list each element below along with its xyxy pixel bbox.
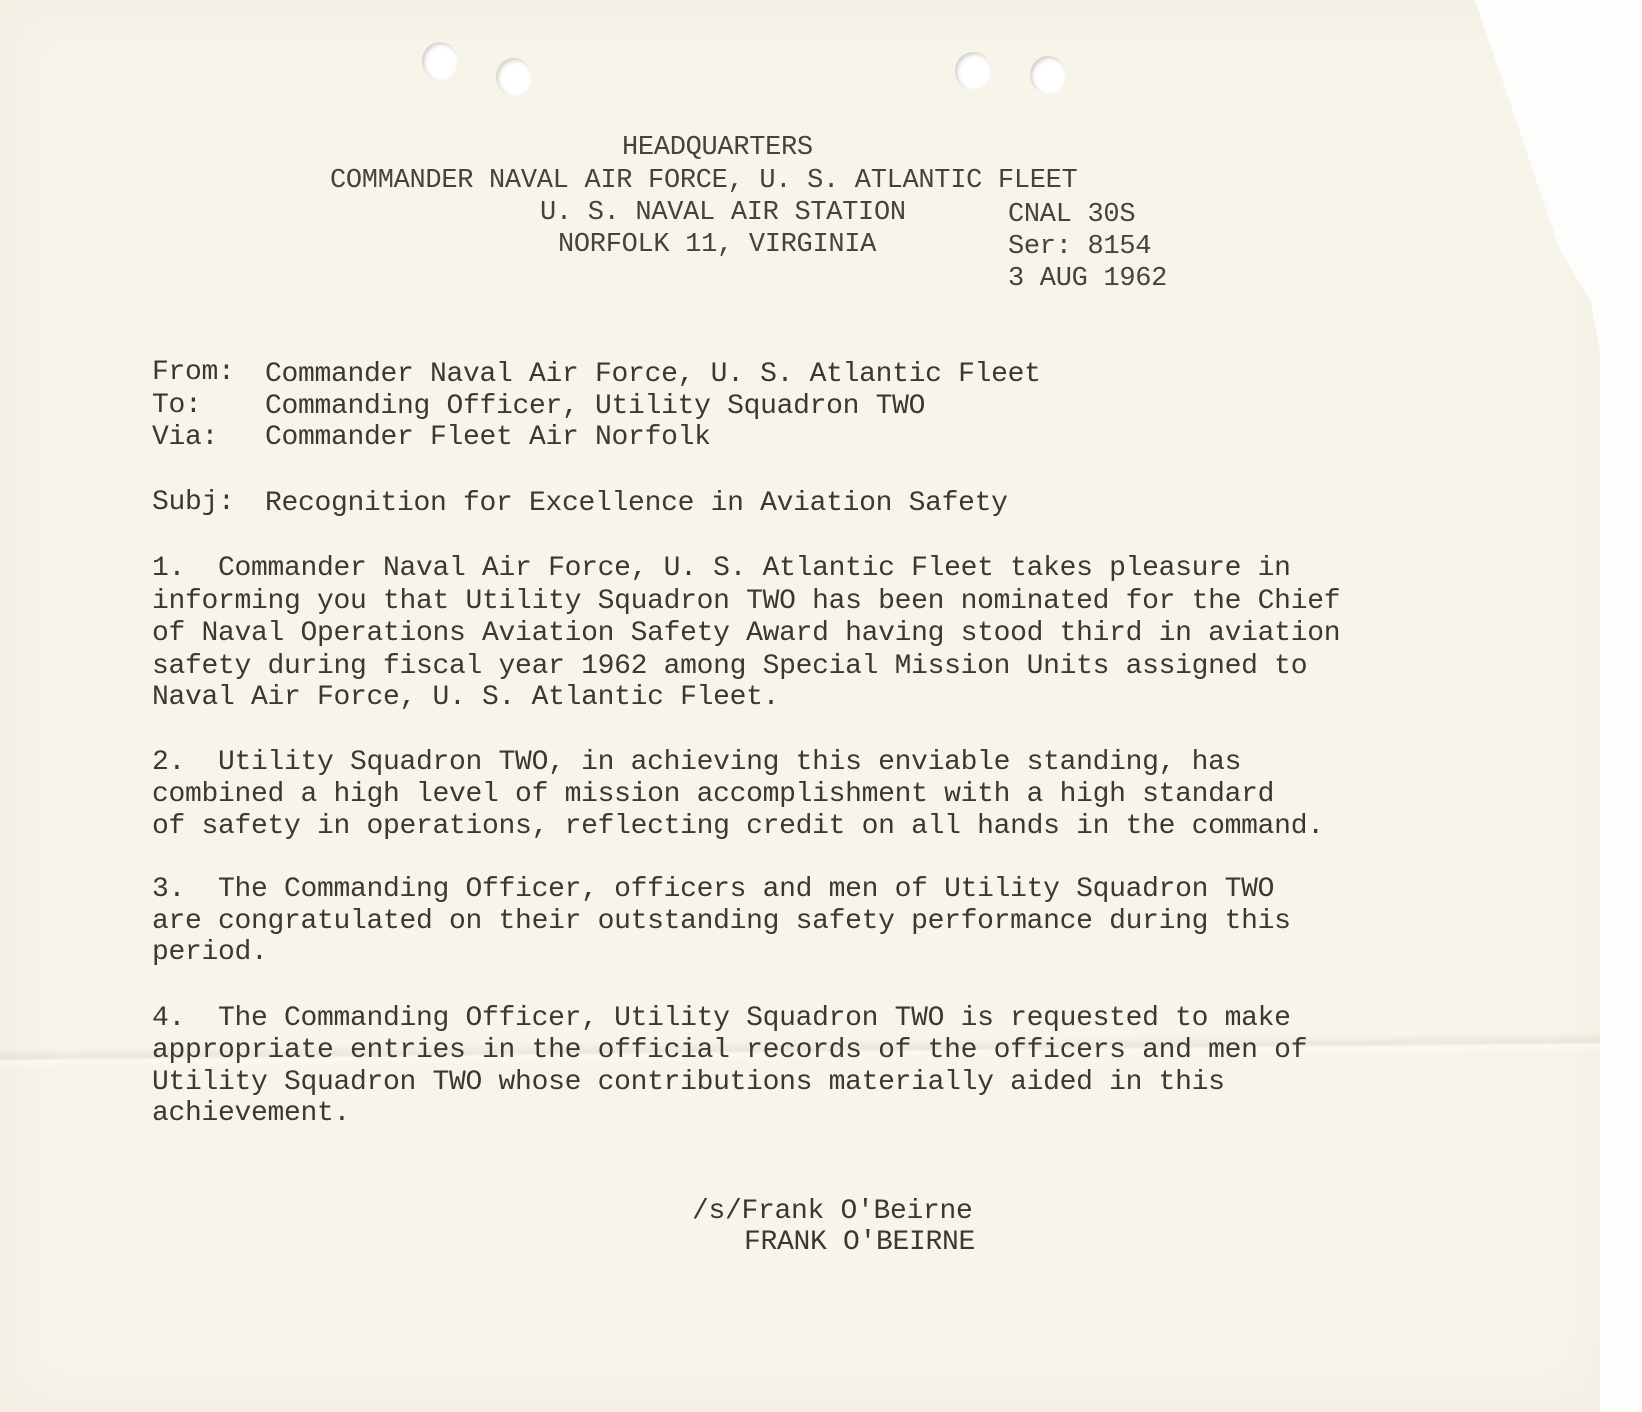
to-label: To: <box>152 389 202 422</box>
paragraph-4-line: appropriate entries in the official reco… <box>152 1034 1307 1067</box>
paragraph-1-line: of Naval Operations Aviation Safety Awar… <box>152 617 1340 650</box>
from-label: From: <box>152 356 235 389</box>
paragraph-1-line: 1. Commander Naval Air Force, U. S. Atla… <box>152 552 1291 585</box>
letterhead-station: U. S. NAVAL AIR STATION <box>540 197 906 230</box>
paragraph-1-line: informing you that Utility Squadron TWO … <box>152 585 1340 618</box>
letterhead-title: HEADQUARTERS <box>622 132 813 165</box>
from-value: Commander Naval Air Force, U. S. Atlanti… <box>265 358 1041 391</box>
letter-date: 3 AUG 1962 <box>1008 263 1167 296</box>
paragraph-3-line: period. <box>152 936 268 969</box>
paragraph-3-line: 3. The Commanding Officer, officers and … <box>152 873 1274 906</box>
paragraph-2-line: 2. Utility Squadron TWO, in achieving th… <box>152 746 1241 779</box>
paragraph-2-line: of safety in operations, reflecting cred… <box>152 810 1324 843</box>
to-value: Commanding Officer, Utility Squadron TWO <box>265 390 925 423</box>
file-code: CNAL 30S <box>1008 199 1135 232</box>
subject-value: Recognition for Excellence in Aviation S… <box>265 487 1008 520</box>
serial-number: Ser: 8154 <box>1008 231 1151 264</box>
via-value: Commander Fleet Air Norfolk <box>265 421 711 454</box>
letter-page: HEADQUARTERS COMMANDER NAVAL AIR FORCE, … <box>0 0 1610 1412</box>
via-label: Via: <box>152 421 218 454</box>
punch-hole <box>1030 56 1066 94</box>
paragraph-4-line: 4. The Commanding Officer, Utility Squad… <box>152 1002 1291 1035</box>
paragraph-2-line: combined a high level of mission accompl… <box>152 778 1274 811</box>
letterhead-command: COMMANDER NAVAL AIR FORCE, U. S. ATLANTI… <box>330 165 1077 198</box>
punch-hole <box>955 52 991 90</box>
punch-hole <box>422 42 458 80</box>
paragraph-3-line: are congratulated on their outstanding s… <box>152 905 1291 938</box>
paragraph-4-line: Utility Squadron TWO whose contributions… <box>152 1066 1225 1099</box>
paragraph-1-line: safety during fiscal year 1962 among Spe… <box>152 650 1307 683</box>
paragraph-4-line: achievement. <box>152 1097 350 1130</box>
letterhead-location: NORFOLK 11, VIRGINIA <box>558 229 876 262</box>
punch-hole <box>496 58 532 96</box>
signature-typed-name: FRANK O'BEIRNE <box>744 1226 975 1259</box>
paragraph-1-line: Naval Air Force, U. S. Atlantic Fleet. <box>152 681 779 714</box>
subject-label: Subj: <box>152 486 235 519</box>
signature-signed: /s/Frank O'Beirne <box>692 1195 973 1228</box>
